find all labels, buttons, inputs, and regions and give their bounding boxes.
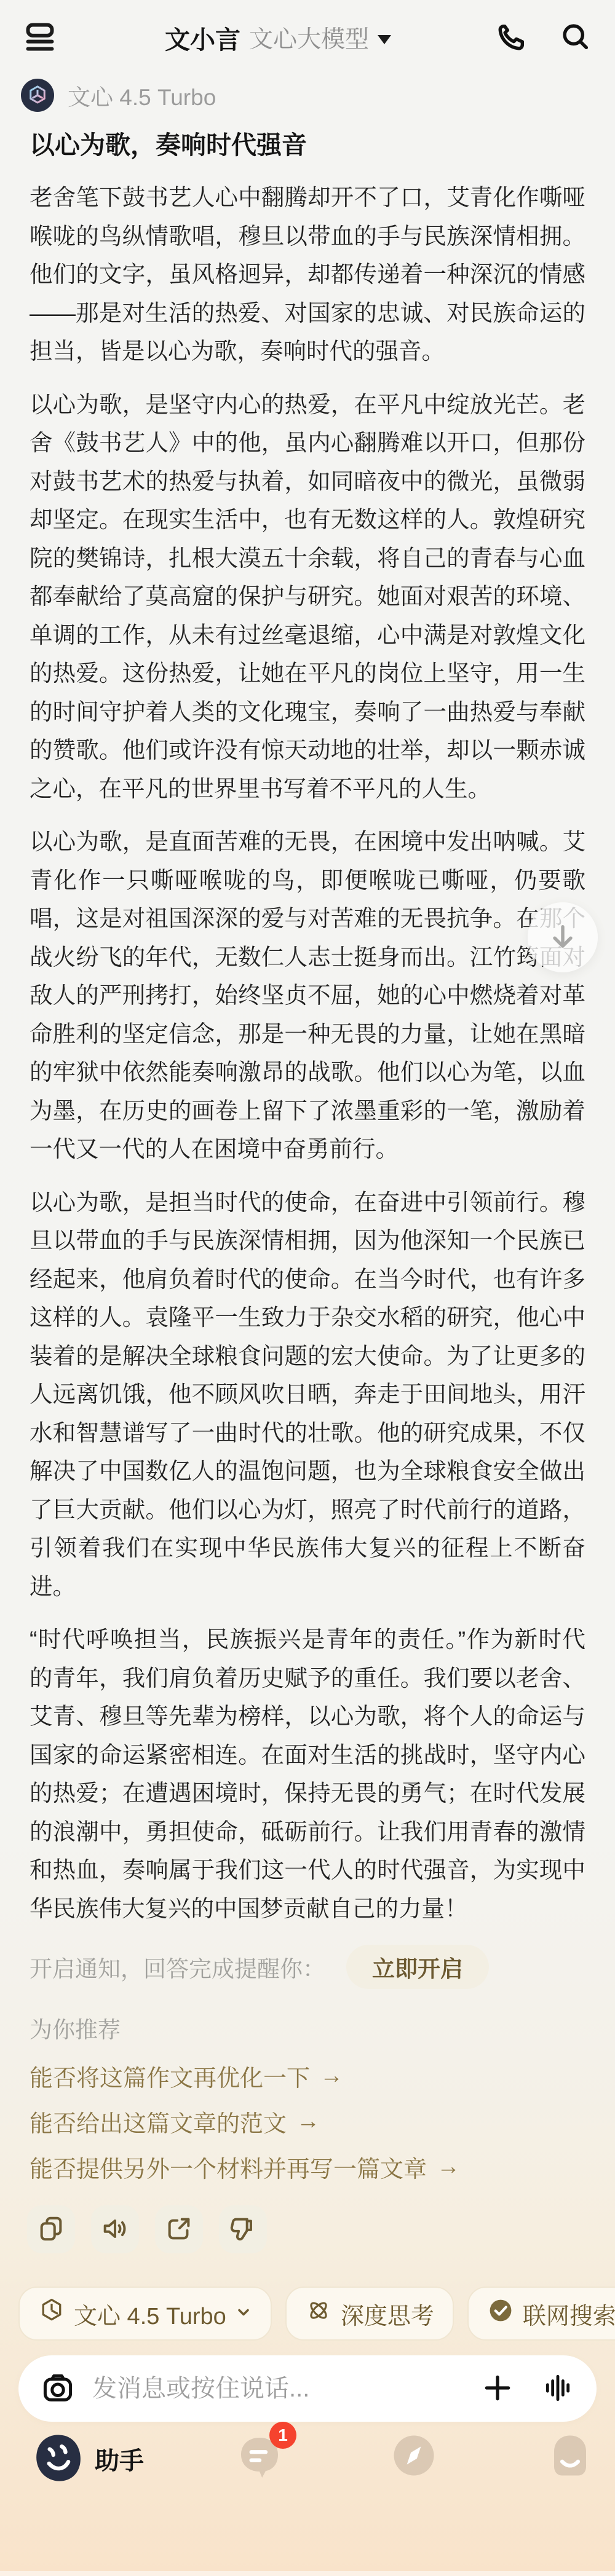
share-icon	[165, 2215, 193, 2245]
thumbs-down-icon	[229, 2215, 257, 2245]
atom-icon	[305, 2297, 332, 2330]
check-circle-icon	[487, 2297, 514, 2330]
dropdown-caret-icon	[378, 35, 391, 44]
sidebar-icon	[23, 21, 57, 55]
essay-paragraph: 老舍笔下鼓书艺人心中翻腾却开不了口，艾青化作嘶哑喉咙的鸟纵情歌唱，穆旦以带血的手…	[30, 178, 585, 371]
camera-button[interactable]	[42, 2372, 74, 2406]
arrow-down-icon	[547, 921, 579, 955]
search-button[interactable]	[560, 21, 592, 55]
deep-think-chip[interactable]: 深度思考	[285, 2286, 454, 2341]
speaker-icon	[101, 2215, 129, 2245]
toolbar-chips: 文心 4.5 Turbo 深度思考	[18, 2286, 615, 2341]
app-screen: 文小言 文心大模型	[0, 0, 615, 2576]
model-name-label: 文心 4.5 Turbo	[68, 79, 216, 112]
enable-notifications-button[interactable]: 立即开启	[346, 1945, 489, 1989]
essay-paragraph: 以心为歌，是直面苦难的无畏，在困境中发出呐喊。艾青化作一只嘶哑喉咙的鸟，即便喉咙…	[30, 822, 585, 1168]
compass-icon	[390, 2432, 438, 2481]
unread-badge: 1	[269, 2422, 296, 2449]
arrow-right-icon: →	[437, 2154, 460, 2180]
suggestion-text: 能否给出这篇文章的范文	[30, 2105, 287, 2138]
suggestion-text: 能否将这篇作文再优化一下	[30, 2059, 310, 2093]
camera-icon	[42, 2372, 74, 2406]
message-actions	[27, 2205, 615, 2253]
model-chip-label: 文心 4.5 Turbo	[74, 2297, 226, 2331]
home-indicator-area	[0, 2571, 615, 2576]
nav-tab-messages[interactable]: 1	[235, 2432, 284, 2483]
essay-paragraph: “时代呼唤担当，民族振兴是青年的责任。”作为新时代的青年，我们肩负着历史赋予的重…	[30, 1620, 585, 1928]
read-aloud-button[interactable]	[91, 2205, 139, 2253]
wenxin-logo-icon	[38, 2297, 65, 2330]
assistant-message-header: 文心 4.5 Turbo	[21, 79, 615, 112]
notification-prompt: 开启通知，回答完成提醒你： 立即开启	[30, 1945, 585, 1989]
essay-paragraph: 以心为歌，是担当时代的使命，在奋进中引领前行。穆旦以带血的手与民族深情相拥，因为…	[30, 1183, 585, 1606]
nav-tab-discover[interactable]	[390, 2432, 438, 2481]
voice-input-button[interactable]	[542, 2373, 573, 2405]
model-selector-chip[interactable]: 文心 4.5 Turbo	[18, 2286, 272, 2341]
arrow-right-icon: →	[320, 2063, 343, 2089]
nav-tab-assistant[interactable]: 助手	[32, 2432, 144, 2486]
suggestion-link[interactable]: 能否将这篇作文再优化一下 →	[30, 2062, 585, 2090]
app-title-group[interactable]: 文小言 文心大模型	[60, 20, 496, 56]
history-sidebar-button[interactable]	[23, 21, 57, 55]
assistant-avatar	[21, 79, 54, 112]
essay-paragraph: 以心为歌，是坚守内心的热爱，在平凡中绽放光芒。老舍《鼓书艺人》中的他，虽内心翻腾…	[30, 385, 585, 808]
assistant-bubble-icon	[32, 2432, 85, 2486]
assistant-message: 以心为歌，奏响时代强音 老舍笔下鼓书艺人心中翻腾却开不了口，艾青化作嘶哑喉咙的鸟…	[0, 128, 615, 1928]
nav-assistant-label: 助手	[95, 2441, 144, 2476]
phone-icon	[496, 21, 528, 55]
notification-text: 开启通知，回答完成提醒你：	[30, 1950, 325, 1983]
suggestion-text: 能否提供另外一个材料并再写一篇文章	[30, 2150, 427, 2184]
profile-icon	[546, 2432, 594, 2481]
chevron-down-icon	[235, 2301, 252, 2327]
recommend-heading: 为你推荐	[30, 2011, 585, 2044]
essay-title: 以心为歌，奏响时代强音	[30, 128, 585, 162]
search-icon	[560, 21, 592, 55]
waveform-icon	[542, 2373, 573, 2405]
app-title: 文小言	[165, 20, 240, 56]
suggestion-link[interactable]: 能否给出这篇文章的范文 →	[30, 2107, 585, 2135]
arrow-right-icon: →	[296, 2108, 320, 2135]
nav-tab-profile[interactable]	[546, 2432, 594, 2481]
web-search-label: 联网搜索	[523, 2297, 615, 2331]
message-input-bar	[18, 2355, 597, 2422]
top-bar: 文小言 文心大模型	[0, 0, 615, 57]
suggestion-link[interactable]: 能否提供另外一个材料并再写一篇文章 →	[30, 2153, 585, 2181]
deep-think-label: 深度思考	[341, 2297, 434, 2331]
plus-icon	[482, 2373, 513, 2405]
copy-button[interactable]	[27, 2205, 75, 2253]
message-input[interactable]	[91, 2374, 470, 2403]
dislike-button[interactable]	[219, 2205, 267, 2253]
add-attachment-button[interactable]	[482, 2373, 513, 2405]
web-search-chip[interactable]: 联网搜索	[467, 2286, 615, 2341]
share-button[interactable]	[155, 2205, 203, 2253]
copy-icon	[37, 2215, 65, 2245]
model-family-label: 文心大模型	[249, 20, 369, 55]
scroll-to-bottom-button[interactable]	[528, 902, 598, 972]
voice-call-button[interactable]	[496, 21, 528, 55]
bottom-nav: 助手 1	[0, 2432, 615, 2491]
